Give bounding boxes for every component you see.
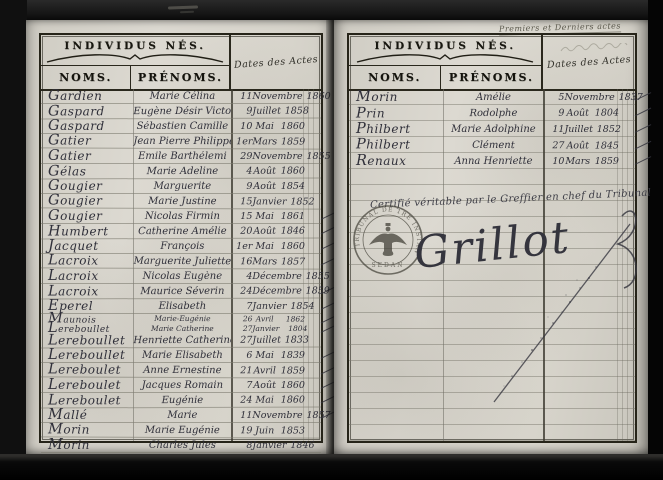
prenoms-cell: Jacques Romain: [133, 380, 231, 391]
pencil-smudge: [168, 5, 198, 9]
date-day: 10: [235, 121, 252, 132]
date-cell: 7 Janvier 1854: [231, 301, 321, 312]
date-year: 1859: [591, 156, 619, 167]
date-day: 7: [235, 380, 252, 391]
imperial-eagle-icon: [369, 223, 407, 256]
prenoms-cell: Marie Eugénie: [133, 424, 231, 435]
prenoms-cell: Maurice Séverin: [133, 285, 231, 296]
date-year: 1853: [277, 425, 305, 436]
register-row: Lacroix Nicolas Eugène 4 Décembre 1855: [41, 269, 321, 284]
date-month: Novembre: [564, 92, 614, 103]
date-day: 29: [235, 151, 252, 162]
date-year: 1858: [281, 105, 309, 116]
date-month: Mai: [252, 211, 277, 222]
date-cell: 10 Mars 1859: [543, 156, 635, 167]
date-year: 1846: [287, 440, 315, 451]
date-cell: 11 Novembre 1857: [231, 410, 321, 421]
nom-cell: Prin: [349, 105, 443, 121]
prenoms-cell: Marguerite Juliette: [133, 255, 231, 266]
nom-cell: Gardien: [41, 88, 133, 104]
date-month: Mars: [252, 136, 277, 147]
prenoms-cell: Marie: [133, 410, 231, 421]
date-cell: 11 Novembre 1860: [231, 91, 321, 102]
decorative-brace: [352, 53, 538, 64]
date-cell: 15 Mai 1861: [231, 211, 321, 222]
col-header-dates: Dates des Actes: [231, 35, 321, 89]
col-header-prenoms: PRÉNOMS.: [131, 66, 229, 89]
col-header-noms: NOMS.: [349, 66, 441, 89]
date-day: 1er: [235, 136, 252, 147]
prenoms-cell: Rodolphe: [443, 107, 543, 118]
date-year: 1833: [281, 334, 309, 345]
date-day: 11: [235, 91, 252, 102]
date-year: 1839: [277, 350, 305, 361]
date-day: 9: [235, 105, 252, 116]
date-month: Août: [252, 165, 277, 176]
nom-cell: Gougier: [41, 192, 133, 208]
date-year: 1854: [287, 301, 315, 312]
register-row: Lereboulet Jacques Romain 7 Août 1860: [41, 378, 321, 393]
prenoms-cell: François: [133, 241, 231, 252]
left-register-table: INDIVIDUS NÉS. NOMS. PRÉNOMS. Dates des …: [39, 33, 323, 443]
nom-cell: Lereboulet: [41, 377, 133, 393]
date-month: Mai: [252, 241, 277, 252]
prenoms-cell: Eugène Désir Victor: [133, 105, 231, 116]
date-day: 4: [235, 271, 252, 282]
right-page: Premiers et Derniers actes INDIVIDUS NÉS…: [334, 20, 648, 454]
entries: Gardien Marie Célina 11 Novembre 1860 Ga…: [41, 89, 321, 441]
date-month: Juillet: [252, 105, 281, 116]
date-year: 1859: [277, 365, 305, 376]
faint-handwriting-annotation: [559, 43, 629, 55]
column-headers: NOMS. PRÉNOMS.: [41, 65, 229, 89]
date-day: 19: [235, 425, 252, 436]
table-body: Gardien Marie Célina 11 Novembre 1860 Ga…: [41, 89, 321, 441]
date-cell: 1er Mars 1859: [231, 136, 321, 147]
date-year: 1804: [279, 324, 307, 333]
table-title: INDIVIDUS NÉS.: [41, 40, 229, 52]
date-cell: 19 Juin 1853: [231, 425, 321, 436]
date-month: Juillet: [252, 334, 281, 345]
scanner-bottom-bar: [0, 454, 663, 480]
date-month: Mars: [252, 256, 277, 267]
date-cell: 10 Mai 1860: [231, 121, 321, 132]
date-year: 1854: [277, 181, 305, 192]
col-header-noms: NOMS.: [41, 66, 131, 89]
date-cell: 29 Novembre 1855: [231, 151, 321, 162]
date-year: 1852: [287, 196, 315, 207]
nom-cell: Morin: [41, 437, 133, 453]
prenoms-cell: Jean Pierre Philippe: [133, 135, 231, 146]
date-day: 20: [235, 225, 252, 236]
date-cell: 4 Décembre 1855: [231, 271, 321, 282]
register-row: Philbert Marie Adolphine 11 Juillet 1852: [349, 121, 635, 137]
date-day: 27: [235, 334, 252, 345]
prenoms-cell: Marie Adolphine: [443, 124, 543, 135]
date-month: Juillet: [564, 124, 592, 135]
prenoms-cell: Nicolas Firmin: [133, 211, 231, 222]
date-day: 7: [235, 301, 252, 312]
date-month: Janvier: [252, 301, 286, 312]
date-year: 1845: [591, 140, 619, 151]
date-month: Mai: [252, 394, 277, 405]
date-cell: 16 Mars 1857: [231, 256, 321, 267]
date-month: Août: [252, 181, 277, 192]
date-cell: 4 Août 1860: [231, 165, 321, 176]
date-month: Novembre: [252, 151, 302, 162]
date-cell: 8 Janvier 1846: [231, 440, 321, 451]
date-month: Janvier: [252, 196, 286, 207]
date-day: 21: [235, 365, 252, 376]
date-day: 26: [235, 314, 252, 323]
date-year: 1860: [277, 165, 305, 176]
prenoms-cell: Sébastien Camille: [133, 121, 231, 132]
date-cell: 24 Mai 1860: [231, 394, 321, 405]
date-cell: 11 Juillet 1852: [543, 124, 635, 135]
date-month: Août: [252, 225, 277, 236]
prenoms-cell: Marie Catherine: [133, 324, 231, 333]
date-month: Avril: [252, 315, 277, 324]
left-page: INDIVIDUS NÉS. NOMS. PRÉNOMS. Dates des …: [26, 20, 334, 454]
nom-cell: Gougier: [41, 208, 133, 224]
date-day: 11: [547, 124, 564, 135]
date-year: 1804: [591, 107, 619, 118]
scanner-top-bar: [0, 0, 663, 20]
date-day: 9: [235, 181, 252, 192]
date-day: 8: [235, 440, 252, 451]
date-month: Août: [564, 140, 591, 151]
date-month: Décembre: [252, 285, 301, 296]
column-headers: NOMS. PRÉNOMS.: [349, 65, 541, 89]
prenoms-cell: Marie Élisabeth: [133, 350, 231, 361]
prenoms-cell: Marie Célina: [133, 91, 231, 102]
date-year: 1860: [277, 121, 305, 132]
date-cell: 7 Août 1860: [231, 380, 321, 391]
date-cell: 9 Août 1804: [543, 107, 635, 118]
date-day: 24: [235, 394, 252, 405]
date-month: Janvier: [252, 324, 279, 333]
date-year: 1861: [277, 211, 305, 222]
register-row: Morin Amélie 5 Novembre 1837: [349, 89, 635, 105]
date-year: 1857: [277, 256, 305, 267]
nom-cell: Morin: [349, 89, 443, 105]
date-day: 16: [235, 256, 252, 267]
date-cell: 21 Avril 1859: [231, 365, 321, 376]
col-header-dates: Dates des Actes: [543, 35, 635, 89]
date-month: Mai: [252, 121, 277, 132]
date-month: Mai: [252, 350, 277, 361]
date-cell: 27 Août 1845: [543, 140, 635, 151]
date-cell: 6 Mai 1839: [231, 350, 321, 361]
scanner-left-bar: [0, 0, 27, 480]
register-row: Gardien Marie Célina 11 Novembre 1860: [41, 89, 321, 104]
prenoms-cell: Anna Henriette: [443, 156, 543, 167]
prenoms-cell: Marie-Eugénie: [133, 314, 231, 323]
date-day: 24: [235, 285, 252, 296]
date-day: 9: [547, 107, 564, 118]
date-month: Avril: [252, 365, 277, 376]
nom-cell: Gatier: [41, 148, 133, 164]
date-day: 10: [547, 156, 564, 167]
date-year: 1859: [277, 136, 305, 147]
table-title: INDIVIDUS NÉS.: [349, 40, 541, 52]
date-month: Décembre: [252, 271, 301, 282]
date-cell: 27 Juillet 1833: [231, 334, 321, 345]
register-row: Philbert Clément 27 Août 1845: [349, 136, 635, 153]
nom-cell: Philbert: [349, 121, 443, 137]
prenoms-cell: Nicolas Eugène: [133, 271, 231, 282]
prenoms-cell: Henriette Catherine: [133, 334, 231, 345]
prenoms-cell: Clément: [443, 139, 543, 150]
date-day: 27: [235, 324, 252, 333]
prenoms-cell: Émile Barthélemi: [133, 151, 231, 162]
table-header: INDIVIDUS NÉS. NOMS. PRÉNOMS. Dates des …: [349, 35, 635, 91]
date-year: 1860: [277, 380, 305, 391]
date-month: Novembre: [252, 410, 302, 421]
scanner-right-bar: [648, 0, 663, 480]
date-cell: 1er Mai 1860: [231, 241, 321, 252]
nom-cell: Renaux: [349, 153, 443, 169]
prenoms-cell: Anne Ernestine: [133, 364, 231, 375]
nom-cell: Lacroix: [41, 252, 133, 268]
prenoms-cell: Eugénie: [133, 394, 231, 405]
prenoms-cell: Marie Justine: [133, 195, 231, 206]
register-row: Gatier Émile Barthélemi 29 Novembre 1855: [41, 149, 321, 164]
date-month: Novembre: [252, 91, 302, 102]
date-cell: 26 Avril 1862: [231, 314, 321, 323]
seal-bottom-text: SEDAN: [372, 262, 405, 269]
date-year: 1860: [277, 394, 305, 405]
date-month: Janvier: [252, 440, 286, 451]
date-cell: 9 Juillet 1858: [231, 105, 321, 116]
date-month: Août: [252, 380, 277, 391]
date-day: 15: [235, 196, 252, 207]
register-row: Renaux Anna Henriette 10 Mars 1859: [349, 153, 635, 169]
prenoms-cell: Catherine Amélie: [133, 225, 231, 236]
nom-cell: Philbert: [349, 136, 443, 152]
nom-cell: Gatier: [41, 132, 133, 148]
date-day: 1er: [235, 241, 252, 252]
date-day: 27: [547, 140, 564, 151]
date-day: 15: [235, 211, 252, 222]
date-year: 1846: [277, 225, 305, 236]
title-cell: INDIVIDUS NÉS. NOMS. PRÉNOMS.: [349, 35, 543, 89]
date-cell: 27 Janvier 1804: [231, 324, 321, 333]
prenoms-cell: Amélie: [443, 92, 543, 103]
table-header: INDIVIDUS NÉS. NOMS. PRÉNOMS. Dates des …: [41, 35, 321, 91]
date-cell: 20 Août 1846: [231, 225, 321, 236]
date-cell: 9 Août 1854: [231, 181, 321, 192]
prenoms-cell: Marie Adeline: [133, 165, 231, 176]
date-day: 5: [547, 92, 564, 103]
register-row: Gougier Nicolas Firmin 15 Mai 1861: [41, 209, 321, 224]
date-month: Juin: [252, 425, 277, 436]
date-cell: 5 Novembre 1837: [543, 92, 635, 103]
register-row: Morin Charles Jules 8 Janvier 1846: [41, 438, 321, 453]
prenoms-cell: Charles Jules: [133, 440, 231, 451]
date-year: 1862: [277, 315, 305, 324]
nom-cell: Lacroix: [41, 268, 133, 284]
date-day: 4: [235, 165, 252, 176]
title-cell: INDIVIDUS NÉS. NOMS. PRÉNOMS.: [41, 35, 231, 89]
date-day: 6: [235, 350, 252, 361]
decorative-brace: [42, 53, 228, 64]
date-cell: 24 Décembre 1859: [231, 285, 321, 296]
date-month: Mars: [564, 156, 591, 167]
prenoms-cell: Élisabeth: [133, 301, 231, 312]
register-scan: INDIVIDUS NÉS. NOMS. PRÉNOMS. Dates des …: [0, 0, 663, 480]
date-month: Août: [564, 107, 591, 118]
prenoms-cell: Marguerite: [133, 181, 231, 192]
date-day: 11: [235, 410, 252, 421]
nom-cell: Morin: [41, 421, 133, 437]
nom-cell: Lereboulet: [41, 361, 133, 377]
date-year: 1852: [593, 124, 621, 135]
date-cell: 15 Janvier 1852: [231, 196, 321, 207]
register-row: Prin Rodolphe 9 Août 1804: [349, 105, 635, 122]
pencil-smudge: [180, 11, 194, 13]
col-header-prenoms: PRÉNOMS.: [441, 66, 541, 89]
date-year: 1860: [277, 241, 305, 252]
